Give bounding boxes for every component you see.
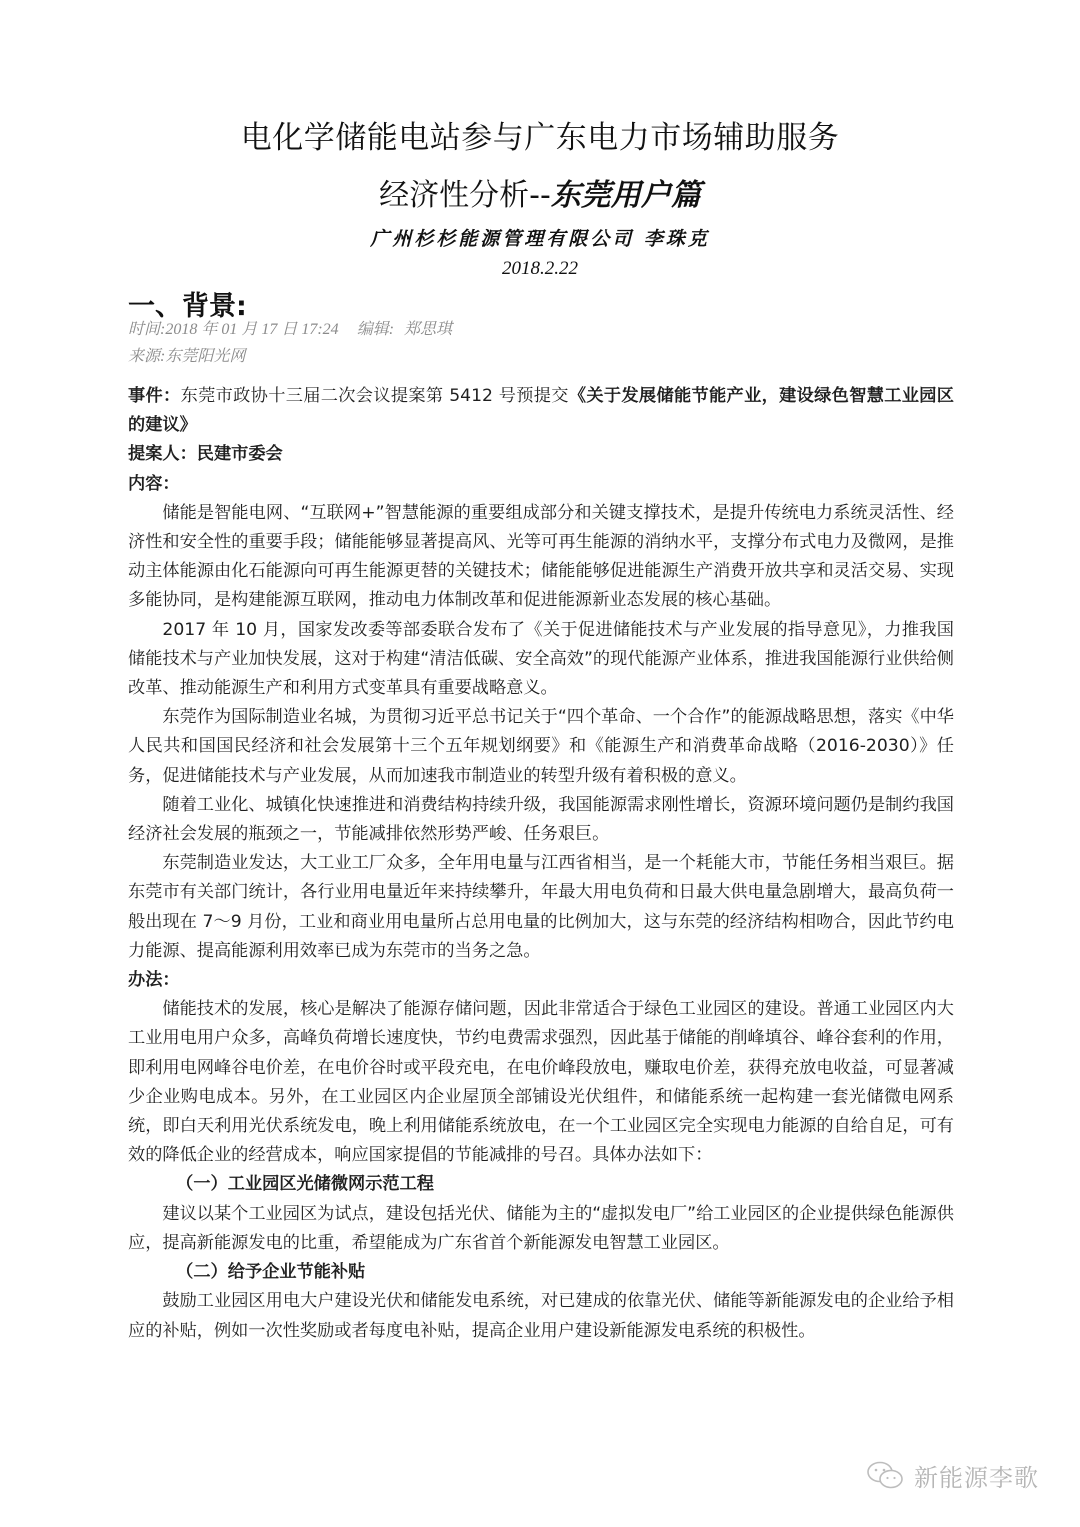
content-paragraph: 储能是智能电网、“互联网+”智慧能源的重要组成部分和关键支撑技术，是提升传统电力… (128, 499, 954, 616)
event-text: 东莞市政协十三届二次会议提案第 5412 号预提交 (181, 386, 569, 406)
watermark: 新能源李歌 (866, 1458, 1039, 1493)
time-value: 2018 年 01 月 17 日 17:24 (165, 321, 338, 338)
method-label: 办法： (128, 966, 954, 995)
content-label: 内容： (128, 470, 954, 499)
document-title-line2: 经济性分析--东莞用户篇 (0, 170, 1080, 214)
source-label: 来源: (128, 348, 165, 365)
proposer-value: 民建市委会 (197, 444, 283, 464)
document-page: 电化学储能电站参与广东电力市场辅助服务 经济性分析--东莞用户篇 广州杉杉能源管… (0, 0, 1080, 1527)
meta-time-editor: 时间:2018 年 01 月 17 日 17:24编辑:郑思琪 (128, 316, 452, 339)
document-body: 事件：东莞市政协十三届二次会议提案第 5412 号预提交《关于发展储能节能产业，… (128, 382, 954, 1346)
editor-label: 编辑: (357, 321, 394, 338)
content-paragraph: 东莞制造业发达，大工业工厂众多，全年用电量与江西省相当，是一个耗能大市，节能任务… (128, 849, 954, 966)
document-author: 广州杉杉能源管理有限公司 李珠克 (0, 224, 1080, 251)
subsection-heading: （二）给予企业节能补贴 (128, 1258, 954, 1287)
subsection-heading: （一）工业园区光储微网示范工程 (128, 1170, 954, 1199)
editor-value: 郑思琪 (404, 321, 452, 338)
watermark-text: 新能源李歌 (914, 1458, 1039, 1493)
event-line: 事件：东莞市政协十三届二次会议提案第 5412 号预提交《关于发展储能节能产业，… (128, 382, 954, 440)
content-paragraph: 2017 年 10 月，国家发改委等部委联合发布了《关于促进储能技术与产业发展的… (128, 616, 954, 704)
event-label: 事件： (128, 386, 181, 406)
title-line2-italic: 东莞用户篇 (551, 178, 701, 213)
content-paragraph: 东莞作为国际制造业名城，为贯彻习近平总书记关于“四个革命、一个合作”的能源战略思… (128, 703, 954, 791)
document-date: 2018.2.22 (0, 258, 1080, 280)
content-paragraph: 随着工业化、城镇化快速推进和消费结构持续升级，我国能源需求刚性增长，资源环境问题… (128, 791, 954, 849)
wechat-icon (866, 1461, 906, 1491)
subsection-text: 鼓励工业园区用电大户建设光伏和储能发电系统，对已建成的依靠光伏、储能等新能源发电… (128, 1287, 954, 1345)
proposer-label: 提案人： (128, 444, 197, 464)
document-title-line1: 电化学储能电站参与广东电力市场辅助服务 (0, 112, 1080, 157)
method-paragraph: 储能技术的发展，核心是解决了能源存储问题，因此非常适合于绿色工业园区的建设。普通… (128, 995, 954, 1170)
title-line2-plain: 经济性分析-- (379, 178, 551, 213)
subsection-text: 建议以某个工业园区为试点，建设包括光伏、储能为主的“虚拟发电厂”给工业园区的企业… (128, 1200, 954, 1258)
proposer-line: 提案人：民建市委会 (128, 440, 954, 469)
time-label: 时间: (128, 321, 165, 338)
meta-source: 来源:东莞阳光网 (128, 343, 245, 366)
source-value: 东莞阳光网 (165, 348, 245, 365)
